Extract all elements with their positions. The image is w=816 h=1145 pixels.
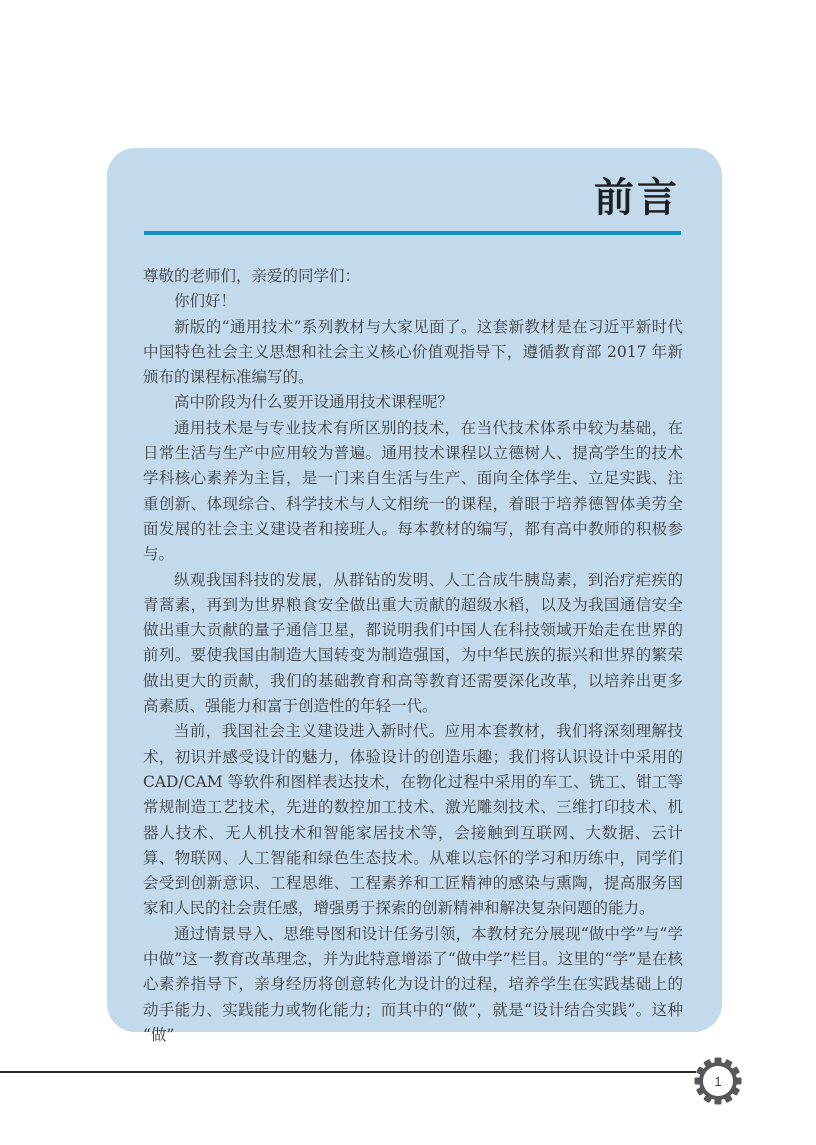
title-rule (144, 231, 681, 235)
body-paragraph: 通过情景导入、思维导图和设计任务引领，本教材充分展现“做中学”与“学中做”这一教… (143, 922, 683, 1048)
body-paragraph: 纵观我国科技的发展，从群钻的发明、人工合成牛胰岛素，到治疗疟疾的青蒿素，再到为世… (143, 568, 683, 720)
page-title: 前言 (594, 176, 680, 220)
gear-icon: 1 (694, 1057, 742, 1105)
greeting: 你们好！ (143, 289, 683, 314)
body-paragraph: 通用技术是与专业技术有所区别的技术，在当代技术体系中较为基础，在日常生活与生产中… (143, 416, 683, 568)
body-paragraph: 新版的“通用技术”系列教材与大家见面了。这套新教材是在习近平新时代中国特色社会主… (143, 315, 683, 391)
salutation: 尊敬的老师们，亲爱的同学们： (143, 264, 683, 289)
footer-rule (0, 1071, 696, 1073)
body-paragraph: 当前，我国社会主义建设进入新时代。应用本套教材，我们将深刻理解技术，初识并感受设… (143, 719, 683, 921)
page-number: 1 (714, 1074, 721, 1089)
preface-card: 前言 尊敬的老师们，亲爱的同学们： 你们好！ 新版的“通用技术”系列教材与大家见… (107, 148, 722, 1032)
page-background: { "page": { "title": "前言" }, "colors": {… (0, 0, 816, 1145)
preface-body: 尊敬的老师们，亲爱的同学们： 你们好！ 新版的“通用技术”系列教材与大家见面了。… (143, 264, 683, 1048)
page-number-badge: 1 (694, 1057, 742, 1105)
body-paragraph: 高中阶段为什么要开设通用技术课程呢？ (143, 390, 683, 415)
